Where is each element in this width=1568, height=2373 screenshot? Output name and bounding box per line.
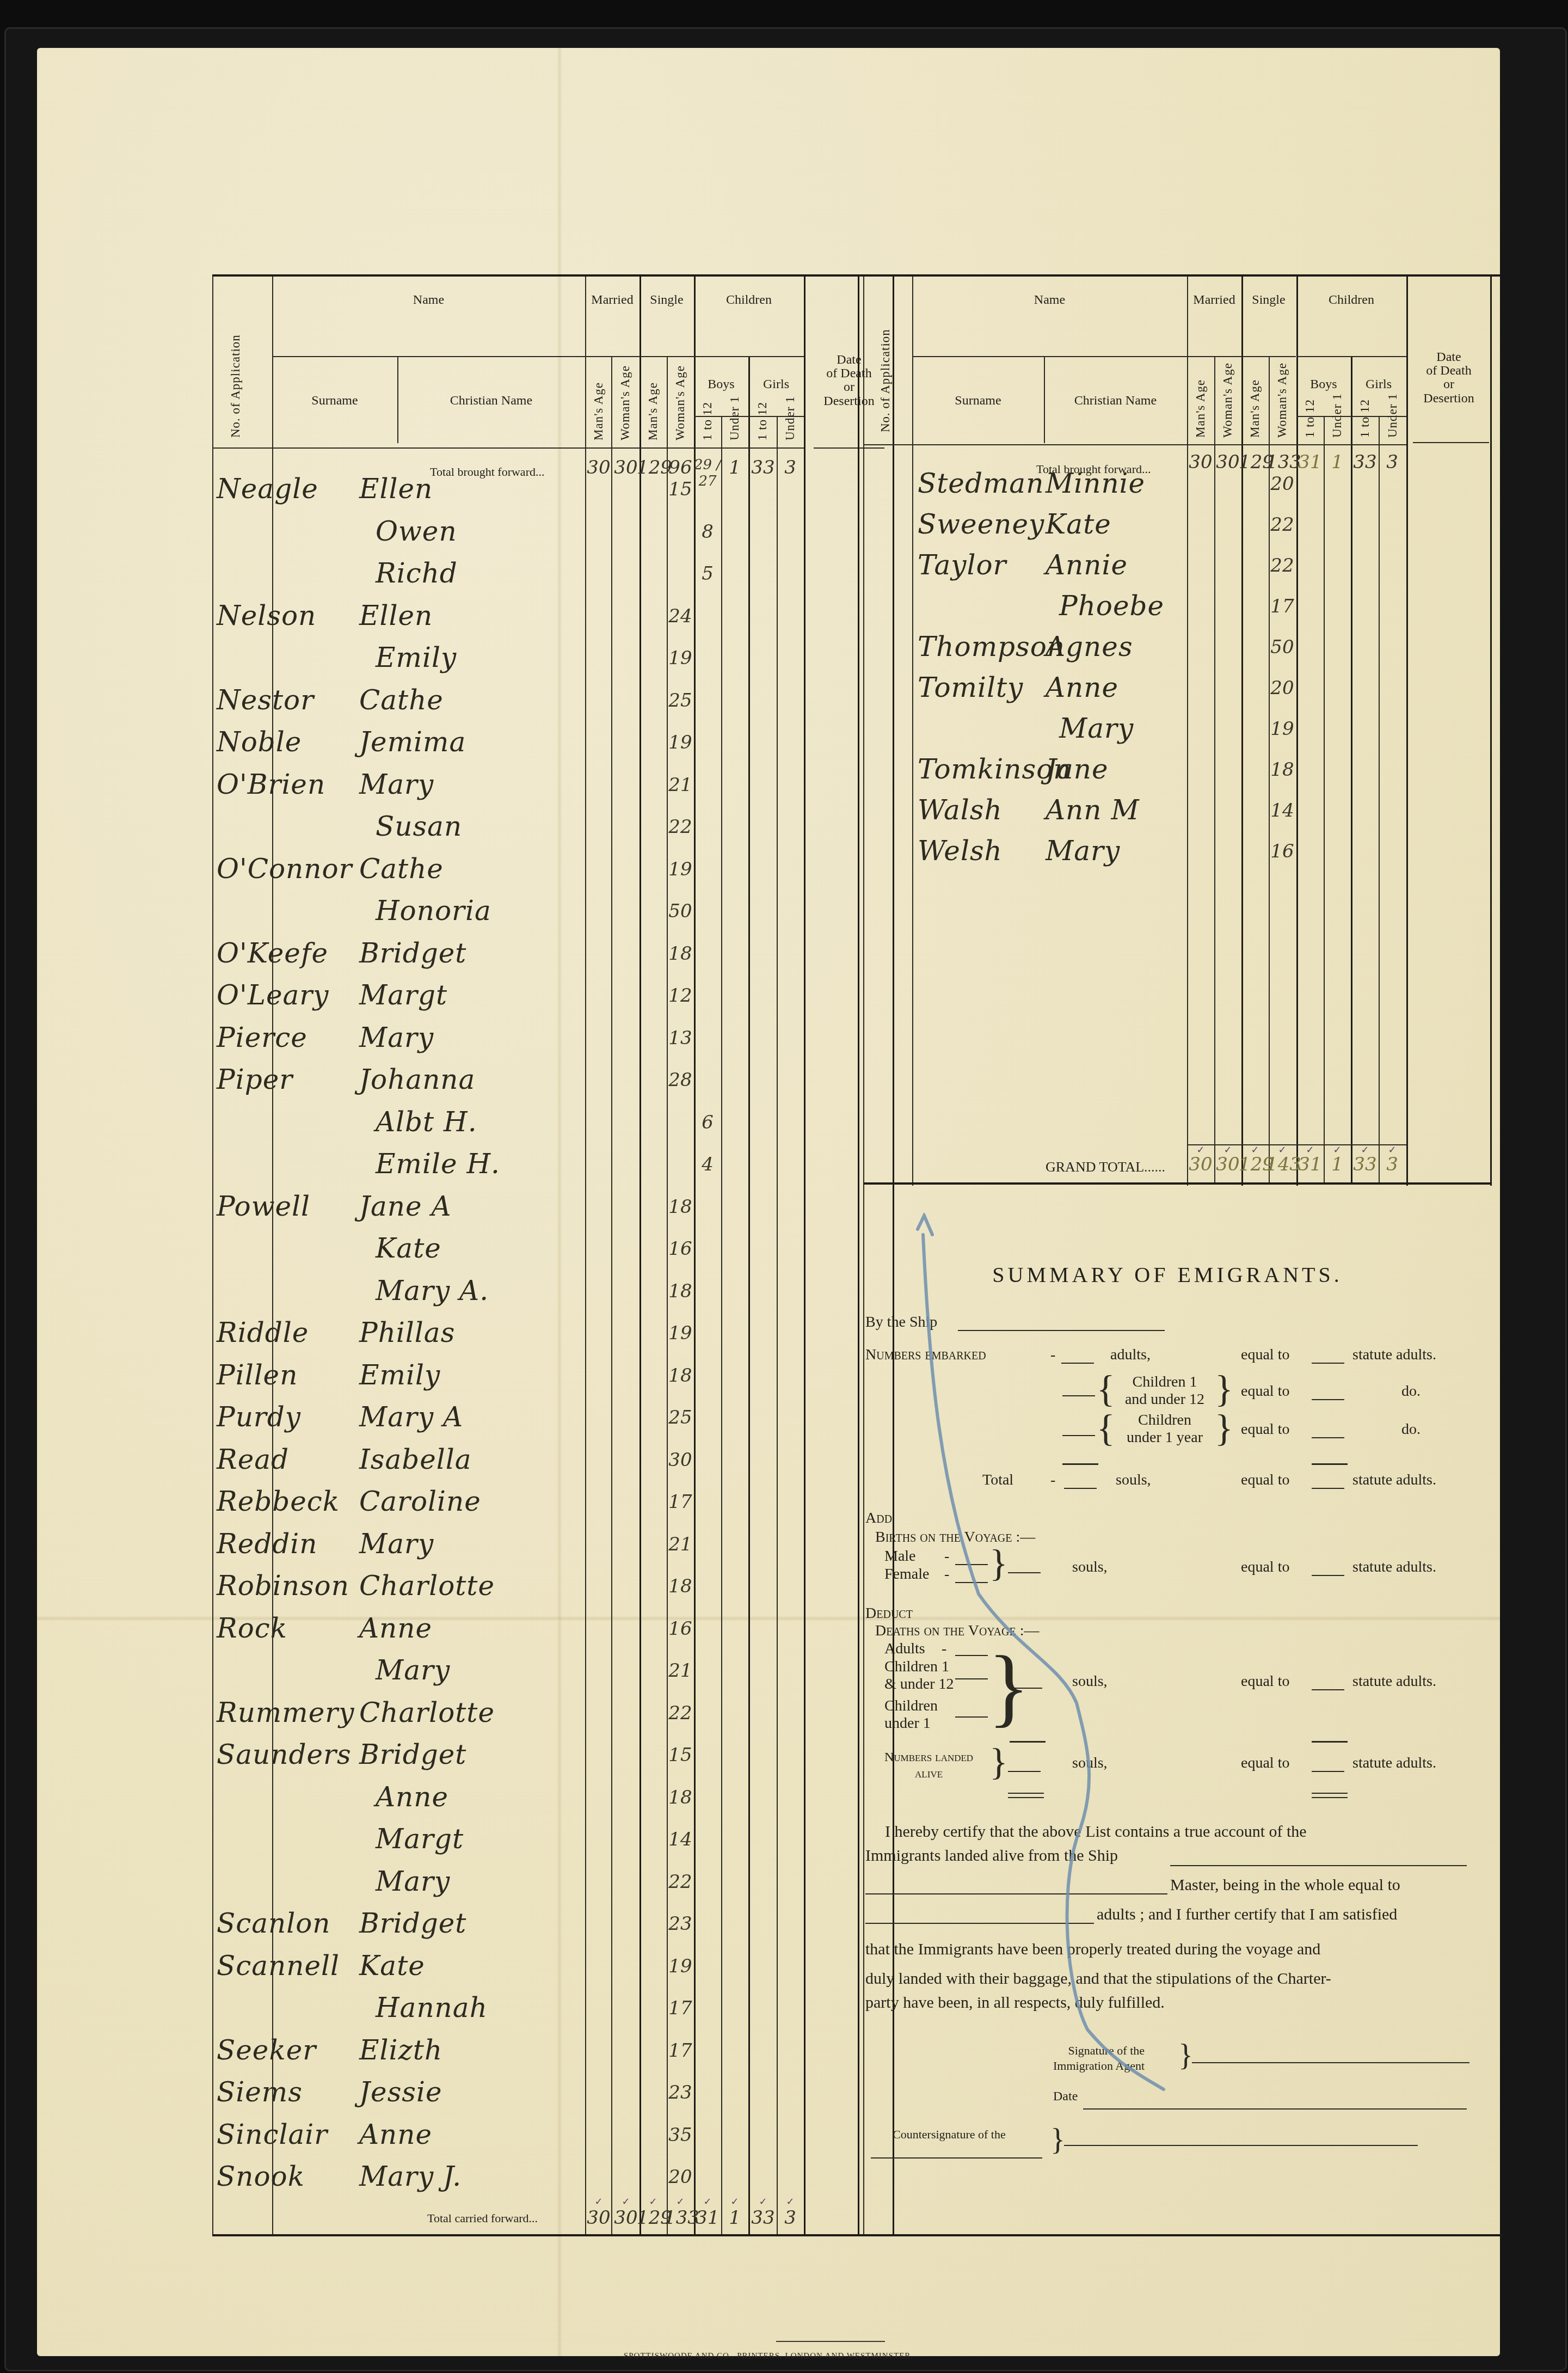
header-rule	[912, 356, 1187, 357]
single-womans-age-cell: 20	[1266, 677, 1299, 699]
table-row: SweeneyKate22	[858, 508, 1500, 549]
table-row: ReadIsabella30	[212, 1444, 894, 1486]
christian-name-cell: Albt H.	[376, 1106, 477, 1138]
table-row: RobinsonCharlotte18	[212, 1570, 894, 1612]
christian-name-cell: Minnie	[1046, 468, 1145, 499]
single-womans-age-cell: 50	[1266, 636, 1299, 658]
christian-name-cell: Cathe	[359, 684, 444, 716]
surname-cell: Walsh	[918, 794, 1003, 826]
single-womans-age-cell: 15	[664, 1744, 697, 1766]
header-children: Children	[1296, 293, 1406, 307]
surname-cell: Scannell	[217, 1950, 340, 1982]
single-womans-age-cell: 16	[664, 1618, 697, 1640]
header-girls-under-1: Under 1	[783, 396, 797, 440]
christian-name-cell: Phillas	[359, 1317, 455, 1348]
surname-cell: Riddle	[217, 1317, 309, 1348]
christian-name-cell: Mary A.	[376, 1275, 489, 1307]
table-row: TomkinsonJane18	[858, 753, 1500, 794]
surname-cell: Sinclair	[217, 2119, 328, 2150]
christian-name-cell: Anne	[376, 1781, 448, 1813]
christian-name-cell: Mary J.	[359, 2161, 462, 2192]
table-row: RebbeckCaroline17	[212, 1486, 894, 1528]
single-womans-age-cell: 20	[664, 2166, 697, 2188]
table-row: O'BrienMary21	[212, 769, 894, 811]
christian-name-cell: Emily	[376, 642, 457, 673]
single-womans-age-cell: 25	[664, 690, 697, 712]
single-womans-age-cell: 18	[664, 1575, 697, 1597]
single-womans-age-cell: 24	[664, 605, 697, 627]
table-row: O'ConnorCathe19	[212, 853, 894, 896]
christian-name-cell: Hannah	[376, 1992, 488, 2024]
table-row: TomiltyAnne20	[858, 672, 1500, 713]
cf-boys-under-1: 1	[718, 2207, 751, 2229]
single-womans-age-cell: 13	[664, 1027, 697, 1049]
single-womans-age-cell: 18	[664, 1280, 697, 1302]
header-boys: Boys	[694, 378, 748, 391]
boys-1-to-12-cell: 5	[691, 563, 724, 585]
table-row: Kate16	[212, 1233, 894, 1275]
printer-imprint: SPOTTISWOODE AND CO., PRINTERS, LONDON A…	[37, 2352, 1500, 2361]
table-row: SinclairAnne35	[212, 2119, 894, 2161]
header-christian-name: Christian Name	[1044, 394, 1187, 408]
surname-cell: O'Connor	[217, 853, 353, 885]
table-row: TaylorAnnie22	[858, 549, 1500, 590]
total-carried-forward-label: Total carried forward...	[427, 2211, 538, 2225]
single-womans-age-cell: 12	[664, 985, 697, 1007]
ditto-label: do.	[1401, 1383, 1421, 1400]
christian-name-cell: Anne	[1046, 672, 1118, 703]
surname-cell: Piper	[217, 1064, 293, 1095]
table-row: ReddinMary21	[212, 1528, 894, 1571]
check-tick: ✓	[718, 2196, 751, 2208]
single-womans-age-cell: 19	[1266, 718, 1299, 740]
surname-cell: Taylor	[918, 549, 1007, 581]
christian-name-cell: Honoria	[376, 895, 491, 927]
single-womans-age-cell: 19	[664, 1322, 697, 1344]
surname-cell: Siems	[217, 2076, 303, 2108]
single-womans-age-cell: 22	[664, 1871, 697, 1893]
christian-name-cell: Phoebe	[1059, 590, 1164, 622]
cf-girls-under-1: 3	[774, 2207, 807, 2229]
table-row: PiperJohanna28	[212, 1064, 894, 1106]
single-womans-age-cell: 22	[1266, 555, 1299, 577]
countersignature-title-field[interactable]	[871, 2157, 1042, 2159]
header-single-mans-age: Man's Age	[1248, 379, 1262, 438]
header-surname: Surname	[912, 394, 1044, 408]
header-boys-under-1: Under 1	[1330, 393, 1344, 438]
single-womans-age-cell: 19	[664, 732, 697, 753]
table-row: RummeryCharlotte22	[212, 1697, 894, 1739]
deduct-label: Deduct	[865, 1605, 913, 1622]
table-row: WelshMary16	[858, 835, 1500, 876]
single-womans-age-cell: 22	[664, 816, 697, 838]
christian-name-cell: Elizth	[359, 2034, 442, 2066]
surname-cell: Rock	[217, 1612, 287, 1644]
single-womans-age-cell: 22	[1266, 514, 1299, 536]
christian-name-cell: Owen	[376, 516, 457, 547]
surname-cell: Purdy	[217, 1401, 301, 1433]
table-row: O'LearyMargt12	[212, 979, 894, 1022]
christian-name-cell: Kate	[359, 1950, 425, 1982]
christian-name-cell: Emily	[359, 1359, 440, 1391]
header-surname: Surname	[272, 394, 397, 408]
table-row: Albt H.6	[212, 1106, 894, 1149]
header-rule	[272, 356, 585, 357]
single-womans-age-cell: 19	[664, 859, 697, 880]
surname-cell: Nelson	[217, 600, 316, 631]
christian-name-cell: Ellen	[359, 473, 433, 505]
table-row: Hannah17	[212, 1992, 894, 2034]
christian-name-cell: Anne	[359, 1612, 432, 1644]
blue-pencil-mark	[908, 1213, 1398, 2138]
christian-name-cell: Johanna	[359, 1064, 475, 1095]
header-bottom-rule	[1413, 442, 1489, 443]
christian-name-cell: Bridget	[359, 1739, 466, 1770]
table-row: O'KeefeBridget18	[212, 937, 894, 980]
table-row: NelsonEllen24	[212, 600, 894, 642]
ledger-top-rule	[858, 274, 1500, 277]
christian-name-cell: Charlotte	[359, 1570, 495, 1602]
header-single: Single	[640, 293, 694, 307]
header-girls-1-to-12: 1 to 12	[755, 402, 770, 440]
boys-1-to-12-cell: 6	[691, 1112, 724, 1133]
surname-cell: Thompson	[918, 631, 1065, 663]
surname-cell: O'Brien	[217, 769, 325, 800]
header-single-womans-age: Woman's Age	[673, 365, 687, 440]
christian-name-cell: Mary	[376, 1866, 450, 1897]
christian-name-cell: Mary	[1059, 713, 1134, 744]
single-womans-age-cell: 21	[664, 1534, 697, 1555]
table-row: NobleJemima19	[212, 726, 894, 769]
single-womans-age-cell: 21	[664, 1660, 697, 1682]
single-womans-age-cell: 17	[1266, 596, 1299, 617]
countersignature-field[interactable]	[1064, 2145, 1418, 2146]
table-row: WalshAnn M14	[858, 794, 1500, 835]
single-womans-age-cell: 30	[664, 1449, 697, 1471]
table-row: SaundersBridget15	[212, 1739, 894, 1781]
single-womans-age-cell: 35	[664, 2124, 697, 2146]
table-row: Honoria50	[212, 895, 894, 937]
document-page: No. of Application Name Surname Christia…	[37, 48, 1500, 2356]
footer-rule	[776, 2341, 885, 2342]
christian-name-cell: Cathe	[359, 853, 444, 885]
table-row: Mary22	[212, 1866, 894, 1908]
christian-name-cell: Kate	[1046, 508, 1111, 540]
christian-name-cell: Jemima	[359, 726, 466, 758]
table-row: Margt14	[212, 1823, 894, 1866]
table-row: Emily19	[212, 642, 894, 684]
single-womans-age-cell: 21	[664, 774, 697, 796]
ledger-bottom-rule	[863, 1182, 1490, 1185]
christian-name-cell: Agnes	[1046, 631, 1133, 663]
table-row: Susan22	[212, 811, 894, 853]
christian-name-cell: Jane	[1046, 753, 1109, 785]
surname-cell: Reddin	[217, 1528, 317, 1560]
table-row: Emile H.4	[212, 1148, 894, 1191]
christian-name-cell: Margt	[376, 1823, 464, 1855]
header-name: Name	[912, 293, 1187, 307]
single-womans-age-cell: 25	[664, 1407, 697, 1428]
single-womans-age-cell: 16	[664, 1238, 697, 1260]
header-rule	[694, 356, 804, 357]
grand-total-label: GRAND TOTAL......	[1046, 1159, 1165, 1175]
single-womans-age-cell: 23	[664, 2082, 697, 2104]
table-row: PierceMary13	[212, 1022, 894, 1064]
surname-cell: Sweeney	[918, 508, 1044, 540]
surname-cell: Pierce	[217, 1022, 308, 1053]
surname-cell: O'Keefe	[217, 937, 328, 969]
header-rule	[585, 356, 694, 357]
table-row: NestorCathe25	[212, 684, 894, 727]
table-row: RockAnne16	[212, 1612, 894, 1655]
single-womans-age-cell: 28	[664, 1069, 697, 1091]
header-bottom-rule	[863, 444, 1406, 445]
header-christian-name: Christian Name	[397, 394, 585, 408]
single-womans-age-cell: 50	[664, 900, 697, 922]
surname-cell: Pillen	[217, 1359, 298, 1391]
single-womans-age-cell: 22	[664, 1702, 697, 1724]
surname-cell: Robinson	[217, 1570, 349, 1602]
table-row: Mary21	[212, 1654, 894, 1697]
christian-name-cell: Anne	[359, 2119, 432, 2150]
header-boys-under-1: Under 1	[728, 396, 742, 440]
surname-cell: O'Leary	[217, 979, 329, 1011]
christian-name-cell: Mary	[359, 769, 434, 800]
single-womans-age-cell: 14	[664, 1829, 697, 1850]
surname-cell: Noble	[217, 726, 302, 758]
christian-name-cell: Mary A	[359, 1401, 463, 1433]
christian-name-cell: Emile H.	[376, 1148, 500, 1180]
table-row: Mary A.18	[212, 1275, 894, 1317]
boys-1-to-12-cell: 4	[691, 1154, 724, 1175]
single-womans-age-cell: 17	[664, 1491, 697, 1513]
gt-girls-under-1: 3	[1376, 1154, 1409, 1175]
single-womans-age-cell: 14	[1266, 800, 1299, 821]
christian-name-cell: Charlotte	[359, 1697, 495, 1728]
christian-name-cell: Mary	[359, 1022, 434, 1053]
add-label: Add	[865, 1510, 892, 1527]
table-row: Phoebe17	[858, 590, 1500, 631]
header-no-of-application: No. of Application	[229, 334, 243, 438]
table-row: RiddlePhillas19	[212, 1317, 894, 1359]
table-row: ScannellKate19	[212, 1950, 894, 1992]
header-single-womans-age: Woman's Age	[1275, 363, 1289, 438]
table-row: PillenEmily18	[212, 1359, 894, 1402]
header-married-womans-age: Woman's Age	[1221, 363, 1235, 438]
christian-name-cell: Mary	[1046, 835, 1120, 867]
table-row: Mary19	[858, 713, 1500, 753]
table-row: Richd5	[212, 557, 894, 600]
header-boys-1-to-12: 1 to 12	[1303, 399, 1317, 438]
christian-name-cell: Ellen	[359, 600, 433, 631]
christian-name-cell: Annie	[1046, 549, 1128, 581]
left-ledger-table: No. of Application Name Surname Christia…	[212, 274, 894, 2245]
single-womans-age-cell: 17	[664, 2040, 697, 2062]
christian-name-cell: Richd	[376, 557, 458, 589]
surname-cell: Rummery	[217, 1697, 354, 1728]
table-row: PurdyMary A25	[212, 1401, 894, 1444]
surname-cell: Saunders	[217, 1739, 352, 1770]
header-married: Married	[585, 293, 640, 307]
single-womans-age-cell: 19	[664, 1955, 697, 1977]
right-ledger-table: No. of Application Name Surname Christia…	[858, 274, 1500, 1189]
header-girls: Girls	[748, 378, 804, 391]
surname-cell: Welsh	[918, 835, 1003, 867]
table-row: Anne18	[212, 1781, 894, 1824]
header-girls: Girls	[1351, 378, 1406, 391]
header-girls-under-1: Under 1	[1386, 393, 1400, 438]
header-name: Name	[272, 293, 585, 307]
header-married-mans-age: Man's Age	[1194, 379, 1208, 438]
boys-1-to-12-cell: 8	[691, 521, 724, 543]
header-date-of-death: Date of Death or Desertion	[1407, 351, 1490, 406]
christian-name-cell: Bridget	[359, 937, 466, 969]
single-womans-age-cell: 15	[664, 479, 697, 500]
surname-cell: Nestor	[217, 684, 314, 716]
ledger-top-rule	[212, 274, 894, 277]
header-rule	[1296, 356, 1406, 357]
single-womans-age-cell: 18	[664, 943, 697, 965]
header-boys: Boys	[1296, 378, 1351, 391]
christian-name-cell: Isabella	[359, 1444, 472, 1475]
table-row: ThompsonAgnes50	[858, 631, 1500, 672]
surname-cell: Powell	[217, 1191, 310, 1222]
surname-cell: Read	[217, 1444, 289, 1475]
single-womans-age-cell: 23	[664, 1913, 697, 1935]
header-bottom-rule	[212, 447, 804, 449]
surname-cell: Neagle	[217, 473, 318, 505]
header-single: Single	[1241, 293, 1296, 307]
single-womans-age-cell: 18	[664, 1196, 697, 1218]
header-boys-1-to-12: 1 to 12	[700, 402, 715, 440]
single-womans-age-cell: 18	[664, 1787, 697, 1808]
christian-name-cell: Jessie	[359, 2076, 442, 2108]
single-womans-age-cell: 18	[664, 1365, 697, 1387]
table-row: PowellJane A18	[212, 1191, 894, 1233]
header-rule	[1187, 356, 1296, 357]
header-married-womans-age: Woman's Age	[618, 365, 632, 440]
surname-cell: Scanlon	[217, 1908, 331, 1939]
header-married-mans-age: Man's Age	[592, 382, 606, 440]
surname-cell: Tomilty	[918, 672, 1023, 703]
single-womans-age-cell: 18	[1266, 759, 1299, 781]
check-tick: ✓	[774, 2196, 807, 2208]
header-married: Married	[1187, 293, 1241, 307]
table-row: StedmanMinnie20	[858, 468, 1500, 508]
christian-name-cell: Caroline	[359, 1486, 481, 1517]
christian-name-cell: Bridget	[359, 1908, 466, 1939]
header-girls-1-to-12: 1 to 12	[1358, 399, 1372, 438]
surname-cell: Seeker	[217, 2034, 316, 2066]
table-row: SeekerElizth17	[212, 2034, 894, 2077]
single-womans-age-cell: 20	[1266, 473, 1299, 495]
surname-cell: Rebbeck	[217, 1486, 340, 1517]
single-womans-age-cell: 16	[1266, 841, 1299, 862]
christian-name-cell: Jane A	[359, 1191, 452, 1222]
christian-name-cell: Ann M	[1046, 794, 1140, 826]
table-row: Owen8	[212, 516, 894, 558]
christian-name-cell: Margt	[359, 979, 447, 1011]
page-bottom-rule	[212, 2234, 1503, 2236]
table-row: SiemsJessie23	[212, 2076, 894, 2119]
surname-cell: Snook	[217, 2161, 305, 2192]
christian-name-cell: Susan	[376, 811, 462, 842]
christian-name-cell: Mary	[359, 1528, 434, 1560]
header-no-of-application: No. of Application	[878, 329, 893, 432]
header-single-mans-age: Man's Age	[646, 382, 660, 440]
christian-name-cell: Mary	[376, 1654, 450, 1686]
christian-name-cell: Kate	[376, 1233, 441, 1264]
table-row: ScanlonBridget23	[212, 1908, 894, 1950]
single-womans-age-cell: 19	[664, 647, 697, 669]
single-womans-age-cell: 17	[664, 1997, 697, 2019]
table-row: NeagleEllen15	[212, 473, 894, 516]
ditto-label: do.	[1401, 1421, 1421, 1438]
header-children: Children	[694, 293, 804, 307]
surname-cell: Stedman	[918, 468, 1044, 499]
